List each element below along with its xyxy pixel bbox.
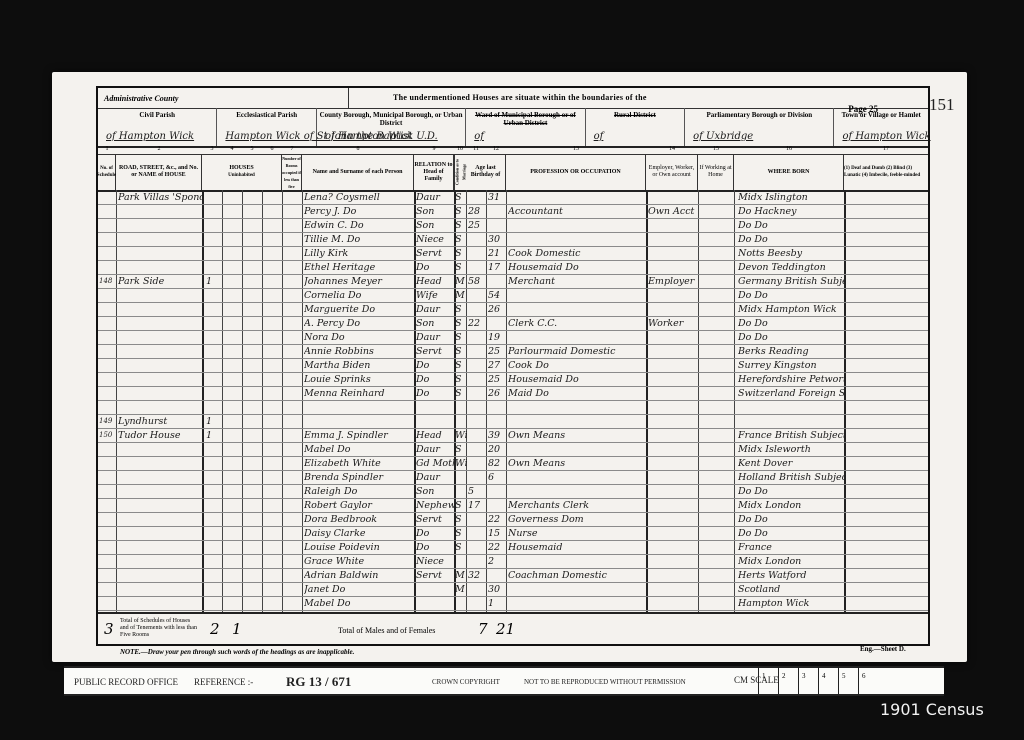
- cell-occupation: Parlourmaid Domestic: [508, 344, 646, 358]
- cell-relation: Daur: [416, 330, 454, 344]
- cell-schedule: [99, 288, 115, 302]
- cell-schedule: [99, 512, 115, 526]
- cell-name: Mabel Do: [304, 596, 414, 610]
- census-row: Lilly KirkServtS21Cook DomesticNotts Bee…: [98, 246, 928, 261]
- cell-schedule: [99, 190, 115, 204]
- cell-inhab: [206, 358, 222, 372]
- district-0: Civil Parishof Hampton Wick: [98, 108, 217, 146]
- cell-cond: S: [455, 260, 467, 274]
- cell-relation: Do: [416, 372, 454, 386]
- cell-female: 26: [488, 386, 506, 400]
- cell-relation: Niece: [416, 232, 454, 246]
- cell-male: [468, 400, 486, 414]
- cell-cond: M: [455, 582, 467, 596]
- header-rooms: Number of Rooms occupied if less than fi…: [282, 154, 302, 190]
- cell-name: Nora Do: [304, 330, 414, 344]
- census-row: Daisy ClarkeDoS15NurseDo Do: [98, 526, 928, 541]
- cell-employer: [648, 232, 698, 246]
- cell-occupation: Housemaid Do: [508, 372, 646, 386]
- copyright-label: CROWN COPYRIGHT: [432, 678, 500, 686]
- cell-relation: Niece: [416, 554, 454, 568]
- cell-inhab: 1: [206, 274, 222, 288]
- cell-male: [468, 232, 486, 246]
- census-row: Dora BedbrookServtS22Governess DomDo Do: [98, 512, 928, 527]
- cell-road: [118, 204, 202, 218]
- cell-female: 15: [488, 526, 506, 540]
- cell-occupation: [508, 190, 646, 204]
- cell-female: [488, 414, 506, 428]
- form-note: NOTE.—Draw your pen through such words o…: [120, 648, 354, 656]
- cell-inhab: [206, 330, 222, 344]
- cell-occupation: [508, 470, 646, 484]
- cell-occupation: Accountant: [508, 204, 646, 218]
- header-infirmity: (1) Deaf and Dumb (2) Blind (3) Lunatic …: [844, 154, 928, 190]
- admin-county-label: Administrative County: [104, 94, 178, 103]
- cell-employer: [648, 386, 698, 400]
- header-age: Age last Birthday of: [466, 154, 506, 190]
- cell-born: Do Do: [738, 316, 844, 330]
- cell-female: [488, 218, 506, 232]
- total-schedules-label: Total of Schedules of Houses and of Tene…: [120, 618, 200, 639]
- cell-name: Tillie M. Do: [304, 232, 414, 246]
- cell-inhab: [206, 246, 222, 260]
- cell-name: Louie Sprinks: [304, 372, 414, 386]
- archive-footer: PUBLIC RECORD OFFICE REFERENCE :- RG 13 …: [64, 666, 944, 696]
- total-schedules: 3: [104, 620, 114, 638]
- cell-name: Ethel Heritage: [304, 260, 414, 274]
- column-number: 5: [242, 146, 262, 152]
- scale-mark: 2: [778, 668, 798, 694]
- cell-schedule: [99, 596, 115, 610]
- cell-female: 30: [488, 582, 506, 596]
- column-number: 11: [466, 146, 486, 152]
- cell-employer: [648, 414, 698, 428]
- cell-name: Marguerite Do: [304, 302, 414, 316]
- cell-name: Edwin C. Do: [304, 218, 414, 232]
- cell-occupation: Housemaid: [508, 540, 646, 554]
- cell-inhab: [206, 260, 222, 274]
- cell-born: Do Do: [738, 218, 844, 232]
- cell-employer: Worker: [648, 316, 698, 330]
- cell-name: Cornelia Do: [304, 288, 414, 302]
- cell-road: Lyndhurst: [118, 414, 202, 428]
- census-row: Menna ReinhardDoS26Maid DoSwitzerland Fo…: [98, 386, 928, 401]
- cell-male: [468, 302, 486, 316]
- cell-female: 54: [488, 288, 506, 302]
- cell-employer: [648, 344, 698, 358]
- cell-employer: Own Acct: [648, 204, 698, 218]
- cell-employer: [648, 302, 698, 316]
- cell-cond: S: [455, 442, 467, 456]
- column-number: 14: [646, 146, 698, 152]
- cell-relation: Daur: [416, 442, 454, 456]
- cell-cond: S: [455, 302, 467, 316]
- cell-road: [118, 596, 202, 610]
- district-row: Civil Parishof Hampton WickEcclesiastica…: [98, 108, 928, 148]
- census-row: Martha BidenDoS27Cook DoSurrey Kingston: [98, 358, 928, 373]
- cell-road: [118, 568, 202, 582]
- cell-road: [118, 232, 202, 246]
- cell-employer: [648, 400, 698, 414]
- cell-male: [468, 470, 486, 484]
- cell-name: Adrian Baldwin: [304, 568, 414, 582]
- cell-employer: [648, 372, 698, 386]
- cell-road: [118, 540, 202, 554]
- cell-female: 30: [488, 232, 506, 246]
- cell-inhab: 1: [206, 428, 222, 442]
- cell-born: France: [738, 540, 844, 554]
- cell-born: Midx London: [738, 498, 844, 512]
- scale-mark: 4: [818, 668, 838, 694]
- cell-cond: S: [455, 358, 467, 372]
- census-row: Adrian BaldwinServtM32Coachman DomesticH…: [98, 568, 928, 583]
- district-label: Civil Parish: [98, 111, 216, 119]
- cell-female: 22: [488, 540, 506, 554]
- district-6: Town or Village or Hamletof Hampton Wick: [834, 108, 928, 146]
- cell-road: [118, 400, 202, 414]
- cell-occupation: [508, 414, 646, 428]
- cell-employer: [648, 260, 698, 274]
- cell-relation: Servt: [416, 568, 454, 582]
- district-value: of Hampton Wick: [106, 131, 194, 142]
- district-4: Rural Districtof: [586, 108, 686, 146]
- cell-occupation: Merchant: [508, 274, 646, 288]
- cell-relation: Daur: [416, 302, 454, 316]
- cell-road: [118, 344, 202, 358]
- census-row: Ethel HeritageDoS17Housemaid DoDevon Ted…: [98, 260, 928, 275]
- cell-male: [468, 554, 486, 568]
- census-row: Louie SprinksDoS25Housemaid DoHerefordsh…: [98, 372, 928, 387]
- cell-relation: Son: [416, 484, 454, 498]
- cell-inhab: [206, 554, 222, 568]
- cell-cond: S: [455, 190, 467, 204]
- cell-born: Do Do: [738, 526, 844, 540]
- cell-employer: [648, 582, 698, 596]
- column-number: 4: [222, 146, 242, 152]
- cell-relation: Daur: [416, 470, 454, 484]
- cell-name: Raleigh Do: [304, 484, 414, 498]
- cell-employer: Employer: [648, 274, 698, 288]
- cell-inhab: [206, 190, 222, 204]
- cell-relation: Servt: [416, 512, 454, 526]
- cell-cond: [455, 470, 467, 484]
- cell-cond: S: [455, 204, 467, 218]
- cell-inhab: [206, 582, 222, 596]
- cell-female: [488, 498, 506, 512]
- cell-schedule: 148: [99, 274, 115, 288]
- header-houses-label: HOUSES: [229, 165, 253, 172]
- column-number: 7: [282, 146, 302, 152]
- cell-schedule: [99, 386, 115, 400]
- census-row: Percy J. DoSonS28AccountantOwn AcctDo Ha…: [98, 204, 928, 219]
- cell-employer: [648, 246, 698, 260]
- cell-male: 22: [468, 316, 486, 330]
- header-born: WHERE BORN: [734, 154, 844, 190]
- cell-occupation: Merchants Clerk: [508, 498, 646, 512]
- cell-employer: [648, 596, 698, 610]
- cell-female: 27: [488, 358, 506, 372]
- cell-relation: Daur: [416, 190, 454, 204]
- district-value: of: [594, 131, 604, 142]
- cell-female: [488, 316, 506, 330]
- cell-schedule: [99, 498, 115, 512]
- cell-occupation: [508, 288, 646, 302]
- cell-inhab: [206, 526, 222, 540]
- cell-male: 58: [468, 274, 486, 288]
- cell-born: Do Hackney: [738, 204, 844, 218]
- cell-relation: Son: [416, 204, 454, 218]
- cell-cond: S: [455, 232, 467, 246]
- cell-schedule: [99, 456, 115, 470]
- cell-name: [304, 400, 414, 414]
- cell-born: France British Subject: [738, 428, 844, 442]
- cell-name: Robert Gaylor: [304, 498, 414, 512]
- cell-female: 25: [488, 372, 506, 386]
- cell-occupation: [508, 582, 646, 596]
- cell-relation: Do: [416, 526, 454, 540]
- cell-occupation: [508, 554, 646, 568]
- cell-female: 19: [488, 330, 506, 344]
- cell-born: Devon Teddington: [738, 260, 844, 274]
- cell-male: [468, 596, 486, 610]
- cell-cond: [455, 400, 467, 414]
- cell-name: Martha Biden: [304, 358, 414, 372]
- cell-male: 17: [468, 498, 486, 512]
- cell-name: Percy J. Do: [304, 204, 414, 218]
- header-schedule: No. of Schedule: [98, 154, 116, 190]
- cell-employer: [648, 456, 698, 470]
- cell-female: 25: [488, 344, 506, 358]
- cell-employer: [648, 498, 698, 512]
- cell-born: Herts Watford: [738, 568, 844, 582]
- cell-female: [488, 568, 506, 582]
- district-value: of Hampton Wick U.D.: [325, 131, 438, 142]
- cell-schedule: [99, 344, 115, 358]
- cell-cond: M: [455, 568, 467, 582]
- cell-cond: S: [455, 344, 467, 358]
- cell-male: [468, 330, 486, 344]
- cell-male: [468, 288, 486, 302]
- cell-inhab: [206, 232, 222, 246]
- cell-cond: [455, 484, 467, 498]
- district-3: Ward of Municipal Borough or of Urban Di…: [466, 108, 585, 146]
- cell-born: Do Do: [738, 232, 844, 246]
- cell-born: Notts Beesby: [738, 246, 844, 260]
- cell-schedule: [99, 232, 115, 246]
- cell-male: 5: [468, 484, 486, 498]
- cell-relation: Son: [416, 316, 454, 330]
- cell-schedule: [99, 526, 115, 540]
- cell-male: [468, 386, 486, 400]
- cell-relation: [416, 414, 454, 428]
- census-row: Elizabeth WhiteGd MotherWid82Own MeansKe…: [98, 456, 928, 471]
- district-label: Ward of Municipal Borough or of Urban Di…: [466, 111, 584, 127]
- cell-male: [468, 442, 486, 456]
- cell-name: Elizabeth White: [304, 456, 414, 470]
- totals-row: 3 Total of Schedules of Houses and of Te…: [98, 612, 928, 648]
- cell-born: [738, 400, 844, 414]
- cell-schedule: [99, 484, 115, 498]
- census-row: Robert GaylorNephewS17Merchants ClerkMid…: [98, 498, 928, 513]
- cell-inhab: [206, 568, 222, 582]
- cell-schedule: [99, 204, 115, 218]
- column-number: 17: [844, 146, 928, 152]
- scale-mark: 1: [758, 668, 778, 694]
- cell-female: 6: [488, 470, 506, 484]
- cell-female: [488, 204, 506, 218]
- cell-schedule: [99, 246, 115, 260]
- cell-schedule: [99, 400, 115, 414]
- column-number: 9: [414, 146, 454, 152]
- column-headers: No. of Schedule ROAD, STREET, &c., and N…: [98, 154, 928, 192]
- cell-schedule: [99, 540, 115, 554]
- census-row: Annie RobbinsServtS25Parlourmaid Domesti…: [98, 344, 928, 359]
- cell-cond: [455, 596, 467, 610]
- cell-inhab: [206, 456, 222, 470]
- cell-inhab: [206, 302, 222, 316]
- cell-inhab: [206, 512, 222, 526]
- cell-occupation: [508, 400, 646, 414]
- cell-road: [118, 512, 202, 526]
- column-number: 8: [302, 146, 414, 152]
- cell-name: Dora Bedbrook: [304, 512, 414, 526]
- cell-occupation: Cook Domestic: [508, 246, 646, 260]
- cell-inhab: [206, 372, 222, 386]
- cell-employer: [648, 288, 698, 302]
- cell-road: [118, 218, 202, 232]
- cell-male: [468, 246, 486, 260]
- cell-road: Park Side: [118, 274, 202, 288]
- cell-inhab: [206, 204, 222, 218]
- cell-female: [488, 274, 506, 288]
- census-row: Janet DoM30Scotland: [98, 582, 928, 597]
- cm-scale: 123456: [758, 668, 878, 694]
- cell-name: Emma J. Spindler: [304, 428, 414, 442]
- cell-employer: [648, 470, 698, 484]
- cell-name: Janet Do: [304, 582, 414, 596]
- cell-occupation: [508, 330, 646, 344]
- cell-male: [468, 526, 486, 540]
- cell-relation: Do: [416, 386, 454, 400]
- office-label: PUBLIC RECORD OFFICE: [74, 677, 178, 687]
- total-uninhabited: 1: [232, 620, 242, 638]
- cell-schedule: [99, 568, 115, 582]
- census-sheet: 151 Administrative County The undermenti…: [52, 72, 967, 662]
- cell-name: [304, 414, 414, 428]
- cell-cond: S: [455, 386, 467, 400]
- folio-stamp: 151: [929, 95, 955, 115]
- district-label: County Borough, Municipal Borough, or Ur…: [317, 111, 465, 127]
- cell-occupation: [508, 484, 646, 498]
- district-value: of: [474, 131, 484, 142]
- census-row: Mabel Do1Hampton Wick: [98, 596, 928, 611]
- cell-born: Midx Hampton Wick: [738, 302, 844, 316]
- cell-born: Holland British Subject: [738, 470, 844, 484]
- cell-relation: Gd Mother: [416, 456, 454, 470]
- boundary-banner: The undermentioned Houses are situate wi…: [393, 93, 647, 102]
- cell-schedule: [99, 218, 115, 232]
- cell-road: [118, 260, 202, 274]
- cell-inhab: [206, 484, 222, 498]
- census-row: A. Percy DoSonS22Clerk C.C.WorkerDo Do: [98, 316, 928, 331]
- cell-employer: [648, 218, 698, 232]
- cell-cond: S: [455, 330, 467, 344]
- reference-label: REFERENCE :-: [194, 677, 253, 687]
- cell-female: 2: [488, 554, 506, 568]
- cell-cond: M: [455, 288, 467, 302]
- cell-occupation: Own Means: [508, 428, 646, 442]
- cell-born: Surrey Kingston: [738, 358, 844, 372]
- cell-road: [118, 372, 202, 386]
- cell-employer: [648, 568, 698, 582]
- total-males: 7: [478, 620, 488, 638]
- cell-born: Do Do: [738, 484, 844, 498]
- header-houses: HOUSES Uninhabited: [202, 154, 282, 190]
- census-row: Mabel DoDaurS20Midx Isleworth: [98, 442, 928, 457]
- cell-cond: Wid: [455, 428, 467, 442]
- cell-road: [118, 484, 202, 498]
- cell-cond: S: [455, 372, 467, 386]
- scale-mark: 3: [798, 668, 818, 694]
- district-value: of Hampton Wick: [842, 131, 930, 142]
- header-home: If Working at Home: [698, 154, 734, 190]
- cell-inhab: [206, 288, 222, 302]
- cell-name: Annie Robbins: [304, 344, 414, 358]
- cell-name: Daisy Clarke: [304, 526, 414, 540]
- total-females: 21: [496, 620, 515, 638]
- cell-name: Grace White: [304, 554, 414, 568]
- cell-born: Do Do: [738, 512, 844, 526]
- cell-road: [118, 316, 202, 330]
- cell-inhab: [206, 498, 222, 512]
- census-row: 149Lyndhurst1: [98, 414, 928, 429]
- cell-occupation: Coachman Domestic: [508, 568, 646, 582]
- column-number: 1: [98, 146, 116, 152]
- cell-born: Switzerland Foreign Subject: [738, 386, 844, 400]
- cell-occupation: Housemaid Do: [508, 260, 646, 274]
- cell-female: 17: [488, 260, 506, 274]
- cell-road: [118, 582, 202, 596]
- cell-relation: [416, 582, 454, 596]
- column-number: 16: [734, 146, 844, 152]
- cell-cond: S: [455, 512, 467, 526]
- cell-born: Midx Islington: [738, 190, 844, 204]
- cell-schedule: [99, 330, 115, 344]
- cell-inhab: [206, 470, 222, 484]
- census-row: Brenda SpindlerDaur6Holland British Subj…: [98, 470, 928, 485]
- cell-relation: Wife: [416, 288, 454, 302]
- census-row: Tillie M. DoNieceS30Do Do: [98, 232, 928, 247]
- census-row: 150Tudor House1Emma J. SpindlerHeadWid39…: [98, 428, 928, 443]
- cell-cond: Wid: [455, 456, 467, 470]
- cell-occupation: Own Means: [508, 456, 646, 470]
- census-row: Louise PoidevinDoS22HousemaidFrance: [98, 540, 928, 555]
- cell-schedule: 149: [99, 414, 115, 428]
- cell-occupation: [508, 302, 646, 316]
- cell-relation: Do: [416, 260, 454, 274]
- cell-name: Louise Poidevin: [304, 540, 414, 554]
- cell-schedule: [99, 302, 115, 316]
- district-label: Town or Village or Hamlet: [834, 111, 928, 119]
- cell-schedule: [99, 358, 115, 372]
- total-inhabited: 2: [210, 620, 220, 638]
- cell-schedule: 150: [99, 428, 115, 442]
- cell-cond: S: [455, 316, 467, 330]
- cell-relation: Head: [416, 428, 454, 442]
- cell-employer: [648, 330, 698, 344]
- cell-born: Do Do: [738, 330, 844, 344]
- census-row: [98, 400, 928, 415]
